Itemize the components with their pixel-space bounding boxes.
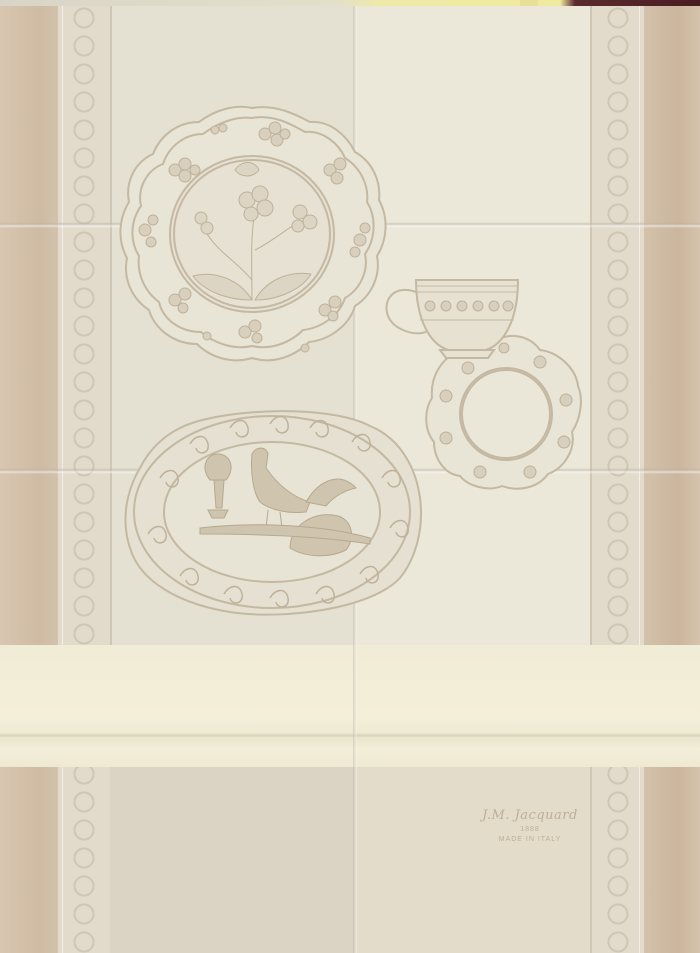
right-lace-border: [590, 6, 644, 953]
brand-origin: MADE IN ITALY: [470, 836, 590, 843]
floral-plate-icon: [115, 100, 390, 370]
plain-cream-band: [0, 645, 700, 767]
brand-name: J.M. Jacquard: [470, 808, 590, 823]
lower-field-right: [355, 767, 590, 953]
left-lace-border: [58, 6, 112, 953]
tea-towel: J.M. Jacquard 1888 MADE IN ITALY: [0, 0, 700, 953]
lower-field-left: [110, 767, 355, 953]
right-tan-band: [638, 6, 700, 953]
left-tan-band: [0, 6, 58, 953]
rooster-platter-icon: [120, 398, 425, 623]
woven-brand-label: J.M. Jacquard 1888 MADE IN ITALY: [470, 808, 590, 843]
brand-year: 1888: [470, 826, 590, 833]
